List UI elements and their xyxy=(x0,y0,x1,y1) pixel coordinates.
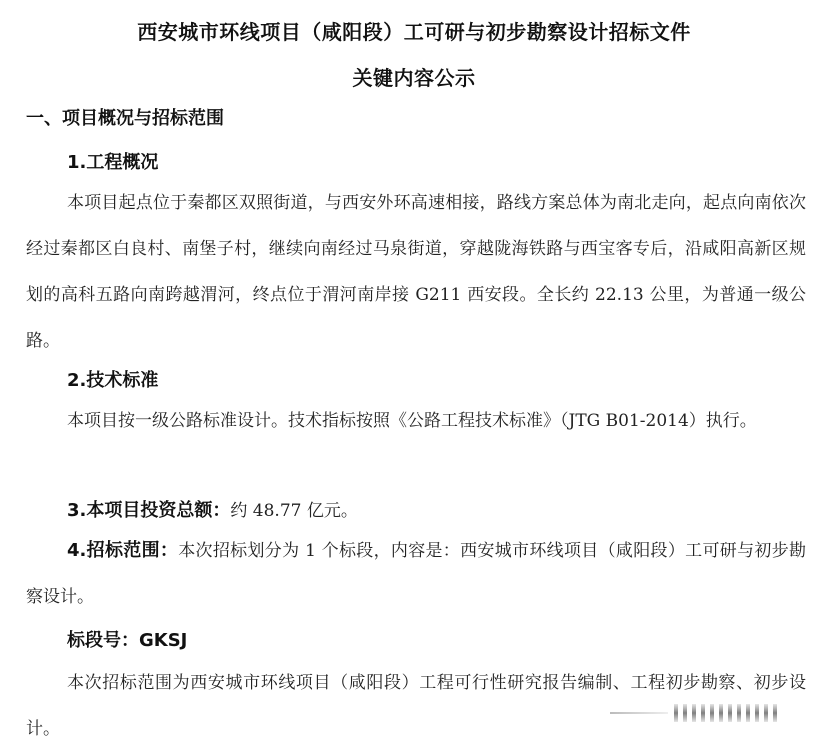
investment-total: 3.本项目投资总额：约 48.77 亿元。 xyxy=(67,496,828,522)
lot-number-heading: 标段号：GKSJ xyxy=(67,626,187,652)
document-title: 西安城市环线项目（咸阳段）工可研与初步勘察设计招标文件 xyxy=(0,16,828,45)
document-page: 西安城市环线项目（咸阳段）工可研与初步勘察设计招标文件 关键内容公示 一、项目概… xyxy=(0,0,828,744)
paragraph-project-overview: 本项目起点位于秦都区双照街道，与西安外环高速相接，路线方案总体为南北走向，起点向… xyxy=(26,180,806,364)
watermark-bars xyxy=(674,704,777,722)
watermark-line xyxy=(610,712,668,714)
investment-label: 3.本项目投资总额： xyxy=(67,500,230,521)
investment-value: 约 48.77 亿元。 xyxy=(230,501,357,521)
watermark-graphic xyxy=(610,702,810,724)
document-subtitle: 关键内容公示 xyxy=(0,62,828,91)
subsection-heading-technical-standard: 2.技术标准 xyxy=(67,366,158,392)
paragraph-bidding-scope: 4.招标范围：本次招标划分为 1 个标段，内容是：西安城市环线项目（咸阳段）工可… xyxy=(26,528,806,620)
section-heading-overview: 一、项目概况与招标范围 xyxy=(26,104,224,130)
bidding-scope-label: 4.招标范围： xyxy=(67,540,178,561)
subsection-heading-project-overview: 1.工程概况 xyxy=(67,148,158,174)
paragraph-technical-standard: 本项目按一级公路标准设计。技术指标按照《公路工程技术标准》（JTG B01-20… xyxy=(26,398,806,444)
